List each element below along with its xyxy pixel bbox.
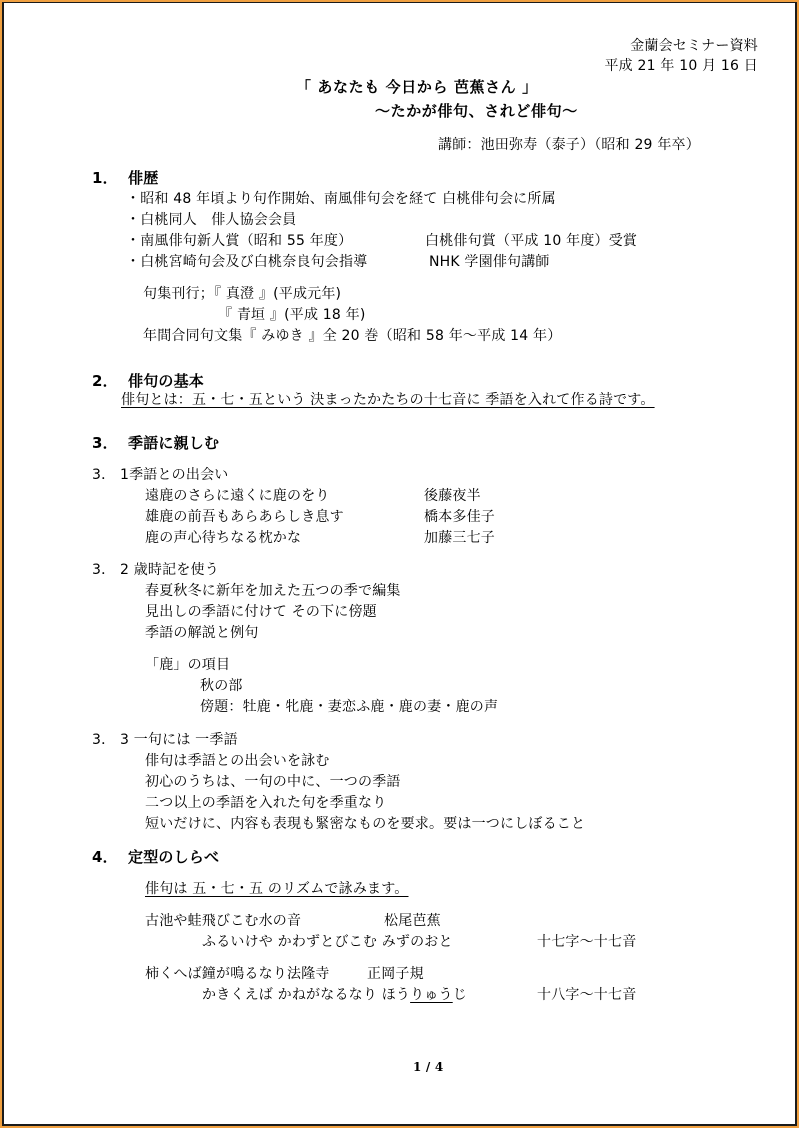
one-kigo-line: 俳句は季語との出会いを詠む xyxy=(145,752,330,770)
subsection-3-3-heading: 3． 3 一句には 一季語 xyxy=(92,731,238,749)
section-number: 1． xyxy=(92,169,128,187)
section-title: 俳句の基本 xyxy=(128,372,204,390)
one-kigo-line: 二つ以上の季語を入れた句を季重なり xyxy=(145,794,386,812)
section-2-heading: 2．俳句の基本 xyxy=(92,372,204,390)
reading-part: かきくえば かねがなるなり ほう xyxy=(202,987,410,1003)
one-kigo-line: 短いだけに、内容も表現も緊密なものを要求。要は一つにしぼること xyxy=(145,815,585,833)
career-item: ・昭和 48 年頃より句作開始、南風俳句会を経て 白桃俳句会に所属 xyxy=(126,190,556,208)
syllable-count: 十八字～十七音 xyxy=(537,986,636,1004)
section-3-heading: 3．季語に親しむ xyxy=(92,434,219,452)
saijiki-line: 春夏秋冬に新年を加えた五つの季で編集 xyxy=(145,582,401,600)
haiku-text: 古池や蛙飛びこむ水の音 xyxy=(145,912,301,930)
section-title: 季語に親しむ xyxy=(128,434,219,452)
section-1-heading: 1．俳歴 xyxy=(92,169,158,187)
career-item-nhk: NHK 学園俳句講師 xyxy=(429,253,550,271)
document-subtitle: ～たかが俳句、されど俳句～ xyxy=(375,102,578,120)
rhythm-rule: 俳句は 五・七・五 のリズムで詠みます。 xyxy=(145,880,409,898)
haiku-definition: 俳句とは：五・七・五という 決まったかたちの十七音に 季語を入れて作る詩です。 xyxy=(121,391,655,409)
syllable-count: 十七字～十七音 xyxy=(537,933,636,951)
career-item: ・白桃宮崎句会及び白桃奈良句会指導 xyxy=(126,253,367,271)
reading-part: じ xyxy=(453,987,467,1003)
saijiki-line: 季語の解説と例句 xyxy=(145,624,259,642)
haiku-reading: かきくえば かねがなるなり ほうりゅうじ xyxy=(202,986,467,1004)
page-number: 1 / 4 xyxy=(413,1058,443,1076)
career-item-award: 白桃俳句賞（平成 10 年度）受賞 xyxy=(425,232,637,250)
haiku-author: 正岡子規 xyxy=(367,965,424,983)
example-entry-season: 秋の部 xyxy=(200,677,243,695)
section-number: 4． xyxy=(92,848,128,866)
saijiki-line: 見出しの季語に付けて その下に傍題 xyxy=(145,603,377,621)
org-label: 金蘭会セミナー資料 xyxy=(630,37,758,55)
haiku-author: 橋本多佳子 xyxy=(424,508,495,526)
career-item: ・南風俳句新人賞（昭和 55 年度） xyxy=(126,232,352,250)
publication-line: 句集刊行；『 真澄 』(平成元年) xyxy=(143,285,341,303)
section-4-heading: 4．定型のしらべ xyxy=(92,848,219,866)
one-kigo-line: 初心のうちは、一句の中に、一つの季語 xyxy=(145,773,401,791)
haiku-author: 後藤夜半 xyxy=(424,487,481,505)
haiku-text: 鹿の声心待ちなる枕かな xyxy=(145,529,301,547)
section-title: 俳歴 xyxy=(128,169,158,187)
haiku-reading: ふるいけや かわずとびこむ みずのおと xyxy=(202,933,453,951)
subsection-3-2-heading: 3． 2 歳時記を使う xyxy=(92,561,219,579)
reading-underlined-part: りゅう xyxy=(410,987,453,1003)
section-number: 3． xyxy=(92,434,128,452)
example-entry-title: 「鹿」の項目 xyxy=(145,656,230,674)
haiku-text: 遠鹿のさらに遠くに鹿のをり xyxy=(145,487,330,505)
document-date: 平成 21 年 10 月 16 日 xyxy=(604,57,758,75)
career-item: ・白桃同人 俳人協会会員 xyxy=(126,211,296,229)
section-number: 2． xyxy=(92,372,128,390)
subsection-3-1-heading: 3． 1季語との出会い xyxy=(92,466,228,484)
example-entry-variants: 傍題：牡鹿・牝鹿・妻恋ふ鹿・鹿の妻・鹿の声 xyxy=(200,698,498,716)
haiku-text: 雄鹿の前吾もあらあらしき息す xyxy=(145,508,344,526)
lecturer-line: 講師：池田弥寿（泰子）（昭和 29 年卒） xyxy=(438,136,700,154)
section-title: 定型のしらべ xyxy=(128,848,219,866)
document-title: 「 あなたも 今日から 芭蕉さん 」 xyxy=(296,78,538,96)
haiku-text: 柿くへば鐘が鳴るなり法隆寺 xyxy=(145,965,330,983)
haiku-author: 松尾芭蕉 xyxy=(384,912,441,930)
publication-line: 年間合同句文集『 みゆき 』全 20 巻（昭和 58 年～平成 14 年） xyxy=(143,327,561,345)
publication-line: 『 青垣 』(平成 18 年) xyxy=(218,306,366,324)
haiku-author: 加藤三七子 xyxy=(424,529,495,547)
